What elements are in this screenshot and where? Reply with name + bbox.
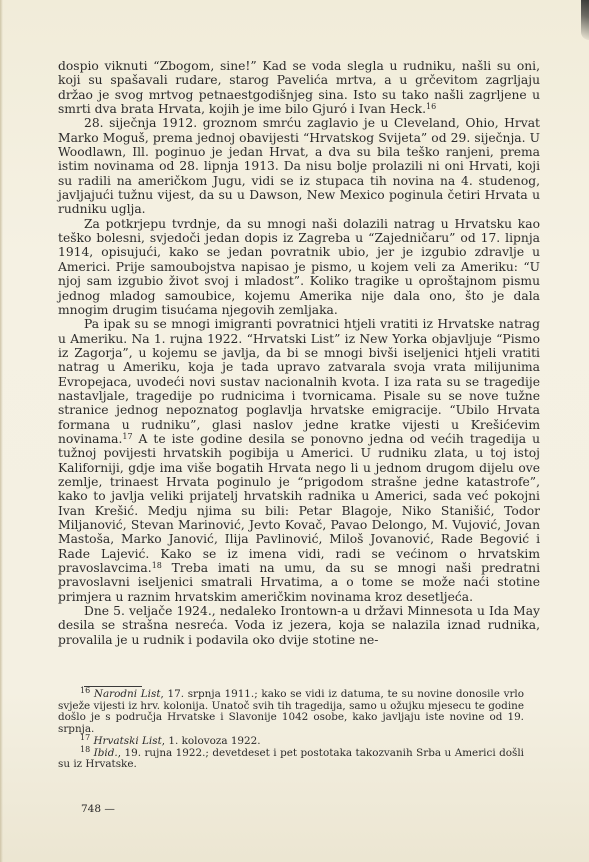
- paragraph: Pa ipak su se mnogi imigranti povratnici…: [58, 317, 540, 604]
- paragraph: Za potkrjepu tvrdnje, da su mnogi naši d…: [58, 217, 540, 317]
- footnote-number: 16: [80, 686, 90, 695]
- footnote-text: , 19. rujna 1922.; devetdeset i pet post…: [58, 747, 524, 771]
- paragraph: Dne 5. veljače 1924., nedaleko Irontown-…: [58, 604, 540, 647]
- scanned-page: dospio viknuti “Zbogom, sine!” Kad se vo…: [0, 0, 589, 862]
- footnote-ref[interactable]: 17: [122, 432, 132, 441]
- paragraph-text: Pa ipak su se mnogi imigranti povratnici…: [58, 317, 540, 446]
- paragraph-text: dospio viknuti “Zbogom, sine!” Kad se vo…: [58, 59, 540, 116]
- page-number: 748 —: [81, 803, 115, 815]
- page-left-edge: [0, 0, 3, 862]
- footnote-number: 17: [80, 733, 90, 742]
- footnote-16: 16 Narodni List, 17. srpnja 1911.; kako …: [58, 689, 524, 736]
- footnote-source: Narodni List: [94, 688, 161, 700]
- page-corner-shadow: [581, 0, 589, 40]
- footnote-18: 18 Ibid., 19. rujna 1922.; devetdeset i …: [58, 748, 524, 771]
- footnote-ref[interactable]: 18: [152, 561, 162, 570]
- footnote-divider: [84, 686, 142, 687]
- footnote-number: 18: [80, 745, 90, 754]
- paragraph: 28. siječnja 1912. groznom smrću zaglavi…: [58, 116, 540, 216]
- paragraph-text: A te iste godine desila se ponovno jedna…: [58, 432, 540, 575]
- paragraph: dospio viknuti “Zbogom, sine!” Kad se vo…: [58, 59, 540, 116]
- body-text: dospio viknuti “Zbogom, sine!” Kad se vo…: [58, 59, 540, 647]
- footnote-source: Hrvatski List: [94, 735, 162, 747]
- footnote-ref[interactable]: 16: [426, 102, 436, 111]
- footnote-source: Ibid.: [94, 747, 118, 759]
- footnotes: 16 Narodni List, 17. srpnja 1911.; kako …: [84, 689, 524, 771]
- footnote-text: , 1. kolovoza 1922.: [162, 735, 261, 747]
